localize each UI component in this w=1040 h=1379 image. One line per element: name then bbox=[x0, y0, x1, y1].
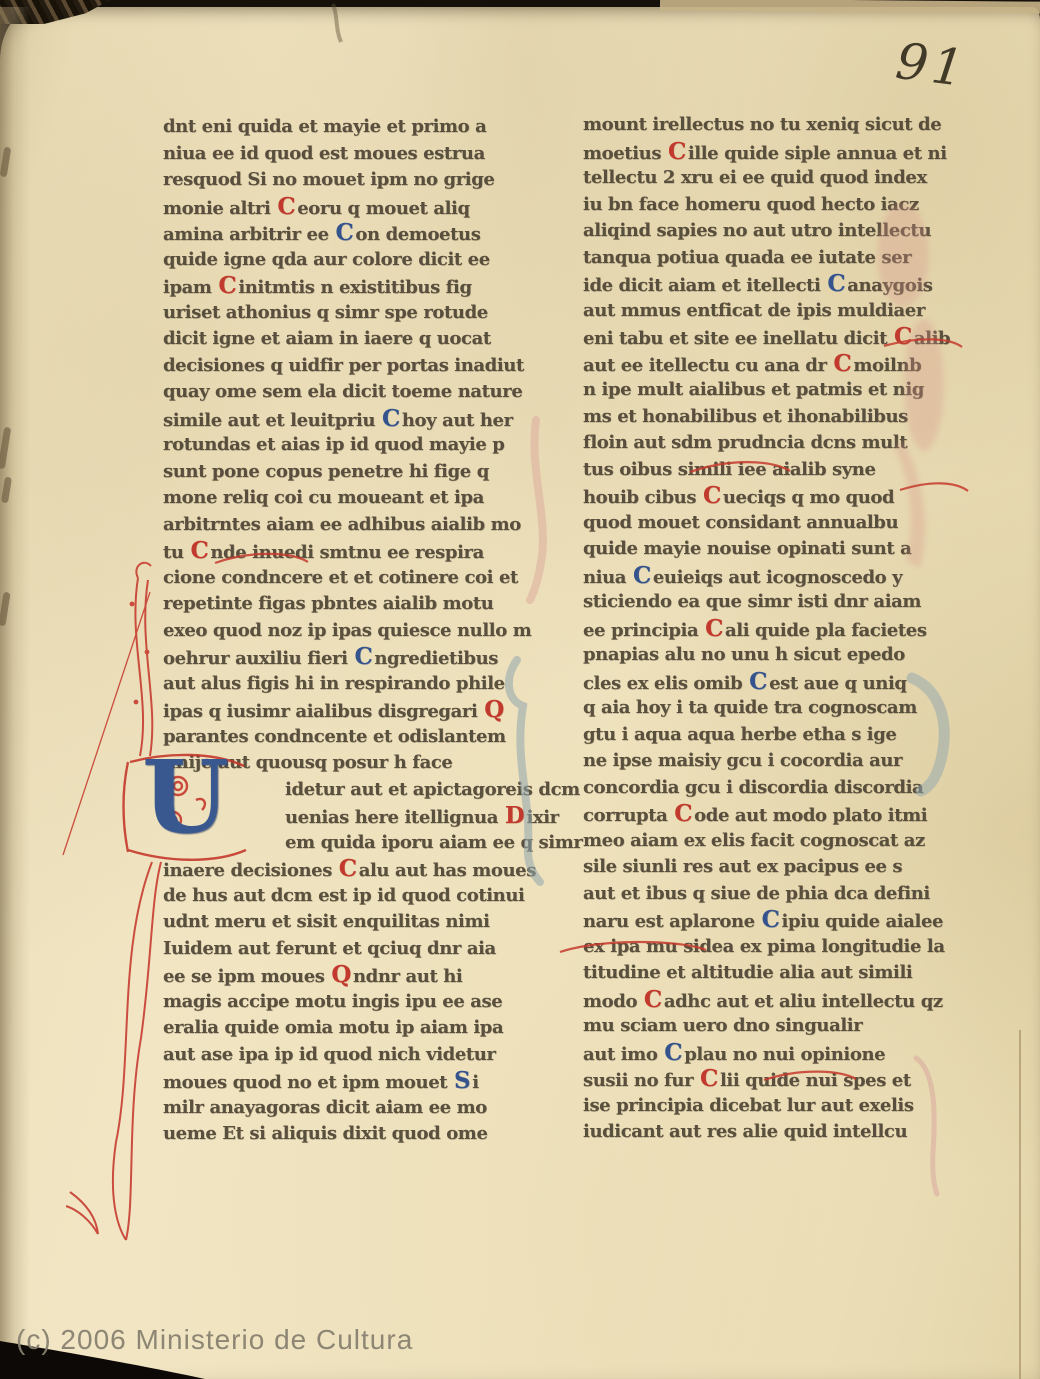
script-text: quay ome sem ela dicit toeme nature bbox=[163, 381, 522, 402]
script-text: susii no fur bbox=[583, 1070, 699, 1091]
script-text: est aue q uniq bbox=[769, 673, 907, 694]
script-text: tanqua potiua quada ee iutate ser bbox=[583, 247, 911, 268]
script-text: ille quide siple annua et ni bbox=[688, 143, 947, 164]
script-text: ee se ipm moues bbox=[163, 966, 330, 987]
text-line: niua Ceuieiqs aut icognoscedo y bbox=[583, 563, 981, 590]
script-text: em quida iporu aiam ee q simr bbox=[285, 832, 582, 853]
script-text: naru est aplarone bbox=[583, 911, 761, 932]
script-text: ixir bbox=[526, 807, 558, 828]
page-edge-line bbox=[1019, 1030, 1021, 1379]
text-line: cione condncere et et cotinere coi et bbox=[163, 565, 561, 592]
script-text: titudine et altitudie alia aut simili bbox=[583, 962, 912, 983]
initial-mark: C bbox=[335, 219, 356, 246]
text-line: tanqua potiua quada ee iutate ser bbox=[583, 245, 981, 272]
script-text: udnt meru et sisit enquilitas nimi bbox=[163, 911, 490, 932]
text-line: udnt meru et sisit enquilitas nimi bbox=[163, 909, 561, 936]
text-line: aut alus figis hi in respirando phile bbox=[163, 671, 561, 698]
text-line: quay ome sem ela dicit toeme nature bbox=[163, 379, 561, 406]
script-text: sile siunli res aut ex pacipus ee s bbox=[583, 856, 902, 877]
text-line: ipam Cinitmtis n existitibus fig bbox=[163, 273, 561, 300]
script-text: aut alus figis hi in respirando phile bbox=[163, 673, 505, 694]
script-text: decisiones q uidfir per portas inadiut bbox=[163, 355, 524, 376]
script-text: milr anayagoras dicit aiam ee mo bbox=[163, 1097, 487, 1118]
text-line: Iuidem aut ferunt et qciuq dnr aia bbox=[163, 936, 561, 963]
drop-cap-initial: U bbox=[124, 750, 246, 858]
initial-mark: C bbox=[704, 615, 725, 642]
script-text: mount irellectus no tu xeniq sicut de bbox=[583, 114, 941, 135]
script-text: ueme Et si aliquis dixit quod ome bbox=[163, 1123, 488, 1144]
initial-mark: C bbox=[893, 323, 914, 350]
text-line: houib cibus Cueciqs q mo quod bbox=[583, 483, 981, 510]
text-line: aut mmus entficat de ipis muldiaer bbox=[583, 298, 981, 325]
script-text: eralia quide omia motu ip aiam ipa bbox=[163, 1017, 503, 1038]
text-line: exeo quod noz ip ipas quiesce nullo m bbox=[163, 618, 561, 645]
initial-mark: S bbox=[453, 1067, 472, 1094]
text-line: concordia gcu i discordia discordia bbox=[583, 775, 981, 802]
script-text: i bbox=[472, 1072, 478, 1093]
script-text: de hus aut dcm est ip id quod cotinui bbox=[163, 885, 524, 906]
text-line: iu bn face homeru quod hecto iacz bbox=[583, 192, 981, 219]
script-text: lii quide nui spes et bbox=[720, 1070, 911, 1091]
script-text: Iuidem aut ferunt et qciuq dnr aia bbox=[163, 938, 496, 959]
text-line: de hus aut dcm est ip id quod cotinui bbox=[163, 883, 561, 910]
script-text: ide dicit aiam et itellecti bbox=[583, 275, 826, 296]
script-text: ngredietibus bbox=[374, 648, 498, 669]
script-text: quide igne qda aur colore dicit ee bbox=[163, 249, 490, 270]
script-text: niua bbox=[583, 567, 632, 588]
text-line: moetius Cille quide siple annua et ni bbox=[583, 139, 981, 166]
script-text: arbitrntes aiam ee adhibus aialib mo bbox=[163, 514, 521, 535]
script-text: ise principia dicebat lur aut exelis bbox=[583, 1095, 914, 1116]
script-text: n ipe mult aialibus et patmis et nig bbox=[583, 379, 924, 400]
script-text: exeo quod noz ip ipas quiesce nullo m bbox=[163, 620, 531, 641]
script-text: idetur aut et apictagoreis dcm bbox=[285, 779, 580, 800]
copyright-watermark: (c) 2006 Ministerio de Cultura bbox=[16, 1324, 413, 1356]
script-text: aut ase ipa ip id quod nich videtur bbox=[163, 1044, 496, 1065]
initial-mark: C bbox=[702, 482, 723, 509]
text-line: moues quod no et ipm mouet Si bbox=[163, 1068, 561, 1095]
binding-stitch bbox=[0, 147, 11, 178]
script-text: gtu i aqua aqua herbe etha s ige bbox=[583, 724, 896, 745]
script-text: ueciqs q mo quod bbox=[723, 487, 894, 508]
binding-stitch bbox=[0, 592, 11, 627]
script-text: rotundas et aias ip id quod mayie p bbox=[163, 434, 504, 455]
script-text: meo aiam ex elis facit cognoscat az bbox=[583, 830, 925, 851]
script-text: oehrur auxiliu fieri bbox=[163, 648, 353, 669]
text-line: amina arbitrir ee Con demoetus bbox=[163, 220, 561, 247]
text-line: iudicant aut res alie quid intellcu bbox=[583, 1119, 981, 1146]
text-line: ide dicit aiam et itellecti Canaygois bbox=[583, 271, 981, 298]
text-column-right: mount irellectus no tu xeniq sicut demoe… bbox=[583, 112, 981, 1146]
initial-mark: C bbox=[338, 855, 359, 882]
text-line: eralia quide omia motu ip aiam ipa bbox=[163, 1015, 561, 1042]
script-text: plau no nui opinione bbox=[684, 1044, 885, 1065]
text-line: mount irellectus no tu xeniq sicut de bbox=[583, 112, 981, 139]
text-line: aliqind sapies no aut utro intellectu bbox=[583, 218, 981, 245]
initial-mark: C bbox=[276, 193, 297, 220]
initial-mark: C bbox=[217, 272, 238, 299]
text-line: tellectu 2 xru ei ee quid quod index bbox=[583, 165, 981, 192]
text-line: magis accipe motu ingis ipu ee ase bbox=[163, 989, 561, 1016]
script-text: moilnb bbox=[853, 355, 921, 376]
text-line: titudine et altitudie alia aut simili bbox=[583, 960, 981, 987]
script-text: corrupta bbox=[583, 805, 673, 826]
text-line: floin aut sdm prudncia dcns mult bbox=[583, 430, 981, 457]
text-line: corrupta Code aut modo plato itmi bbox=[583, 801, 981, 828]
text-line: simile aut et leuitpriu Choy aut her bbox=[163, 406, 561, 433]
script-text: moues quod no et ipm mouet bbox=[163, 1072, 453, 1093]
text-line: naru est aplarone Cipiu quide aialee bbox=[583, 907, 981, 934]
script-text: tu bbox=[163, 542, 189, 563]
script-text: ode aut modo plato itmi bbox=[694, 805, 927, 826]
script-text: uriset athonius q simr spe rotude bbox=[163, 302, 488, 323]
script-text: moetius bbox=[583, 143, 667, 164]
text-line: susii no fur Clii quide nui spes et bbox=[583, 1066, 981, 1093]
binding-stitch bbox=[1, 477, 12, 504]
text-line: n ipe mult aialibus et patmis et nig bbox=[583, 377, 981, 404]
initial-mark: C bbox=[748, 668, 769, 695]
script-text: floin aut sdm prudncia dcns mult bbox=[583, 432, 907, 453]
initial-mark: C bbox=[381, 405, 402, 432]
script-text: quod mouet considant annualbu bbox=[583, 512, 898, 533]
text-line: rotundas et aias ip id quod mayie p bbox=[163, 432, 561, 459]
script-text: eoru q mouet aliq bbox=[297, 198, 469, 219]
script-text: sunt pone copus penetre hi fige q bbox=[163, 461, 489, 482]
text-line: quide igne qda aur colore dicit ee bbox=[163, 247, 561, 274]
script-text: aut imo bbox=[583, 1044, 663, 1065]
text-line: meo aiam ex elis facit cognoscat az bbox=[583, 828, 981, 855]
script-text: uenias here itellignua bbox=[285, 807, 504, 828]
script-text: ex ipa mu sidea ex pima longitudie la bbox=[583, 936, 945, 957]
text-line: mone reliq coi cu moueant et ipa bbox=[163, 485, 561, 512]
script-text: cles ex elis omib bbox=[583, 673, 748, 694]
script-text: ee principia bbox=[583, 620, 704, 641]
script-text: modo bbox=[583, 991, 643, 1012]
initial-mark: C bbox=[761, 906, 782, 933]
script-text: repetinte figas pbntes aialib motu bbox=[163, 593, 493, 614]
text-line: ee principia Cali quide pla facietes bbox=[583, 616, 981, 643]
text-line: pnapias alu no unu h sicut epedo bbox=[583, 642, 981, 669]
initial-mark: C bbox=[663, 1039, 684, 1066]
drop-cap-letter: U bbox=[142, 738, 229, 856]
script-text: euieiqs aut icognoscedo y bbox=[653, 567, 902, 588]
initial-mark: C bbox=[699, 1065, 720, 1092]
script-text: alib bbox=[914, 328, 950, 349]
initial-mark: D bbox=[504, 802, 527, 829]
script-text: anaygois bbox=[847, 275, 932, 296]
folio-number: 91 bbox=[893, 32, 971, 98]
text-line: aut imo Cplau no nui opinione bbox=[583, 1040, 981, 1067]
script-text: initmtis n existitibus fig bbox=[238, 277, 471, 298]
text-line: ex ipa mu sidea ex pima longitudie la bbox=[583, 934, 981, 961]
text-line: quide mayie nouise opinati sunt a bbox=[583, 536, 981, 563]
script-text: aut ee itellectu cu ana dr bbox=[583, 355, 832, 376]
script-text: aut et ibus q siue de phia dca defini bbox=[583, 883, 930, 904]
binding-stitch bbox=[0, 427, 11, 470]
script-text: on demoetus bbox=[355, 224, 480, 245]
text-line: aut ase ipa ip id quod nich videtur bbox=[163, 1042, 561, 1069]
script-text: aut mmus entficat de ipis muldiaer bbox=[583, 300, 925, 321]
script-text: ali quide pla facietes bbox=[725, 620, 927, 641]
initial-mark: C bbox=[673, 800, 694, 827]
text-line: dicit igne et aiam in iaere q uocat bbox=[163, 326, 561, 353]
text-line: ms et honabilibus et ihonabilibus bbox=[583, 404, 981, 431]
script-text: tus oibus simili iee aialib syne bbox=[583, 459, 876, 480]
script-text: dnt eni quida et mayie et primo a bbox=[163, 116, 486, 137]
text-line: quod mouet considant annualbu bbox=[583, 510, 981, 537]
script-text: ipam bbox=[163, 277, 217, 298]
text-line: tus oibus simili iee aialib syne bbox=[583, 457, 981, 484]
initial-mark: C bbox=[826, 270, 847, 297]
script-text: sticiendo ea que simr isti dnr aiam bbox=[583, 591, 921, 612]
text-line: gtu i aqua aqua herbe etha s ige bbox=[583, 722, 981, 749]
text-line: aut ee itellectu cu ana dr Cmoilnb bbox=[583, 351, 981, 378]
script-text: q aia hoy i ta quide tra cognoscam bbox=[583, 697, 917, 718]
text-line: uriset athonius q simr spe rotude bbox=[163, 300, 561, 327]
text-line: arbitrntes aiam ee adhibus aialib mo bbox=[163, 512, 561, 539]
script-text: ms et honabilibus et ihonabilibus bbox=[583, 406, 908, 427]
script-text: adhc aut et aliu intellectu qz bbox=[664, 991, 943, 1012]
script-text: iu bn face homeru quod hecto iacz bbox=[583, 194, 919, 215]
text-line: aut et ibus q siue de phia dca defini bbox=[583, 881, 981, 908]
text-line: modo Cadhc aut et aliu intellectu qz bbox=[583, 987, 981, 1014]
script-text: resquod Si no mouet ipm no grige bbox=[163, 169, 494, 190]
script-text: ipas q iusimr aialibus disgregari bbox=[163, 701, 483, 722]
text-line: repetinte figas pbntes aialib motu bbox=[163, 591, 561, 618]
text-line: ise principia dicebat lur aut exelis bbox=[583, 1093, 981, 1120]
script-text: eni tabu et site ee inellatu dicit bbox=[583, 328, 893, 349]
script-text: simile aut et leuitpriu bbox=[163, 410, 381, 431]
manuscript-scan: 91 dnt eni quida et mayie et primo aniua… bbox=[0, 0, 1040, 1379]
initial-mark: Q bbox=[483, 696, 506, 723]
text-line: ee se ipm moues Qndnr aut hi bbox=[163, 962, 561, 989]
text-line: mu sciam uero dno singualir bbox=[583, 1013, 981, 1040]
script-text: magis accipe motu ingis ipu ee ase bbox=[163, 991, 502, 1012]
text-line: milr anayagoras dicit aiam ee mo bbox=[163, 1095, 561, 1122]
script-text: iudicant aut res alie quid intellcu bbox=[583, 1121, 907, 1142]
text-line: niua ee id quod est moues estrua bbox=[163, 141, 561, 168]
script-text: hoy aut her bbox=[402, 410, 513, 431]
text-line: decisiones q uidfir per portas inadiut bbox=[163, 353, 561, 380]
text-line: q aia hoy i ta quide tra cognoscam bbox=[583, 695, 981, 722]
text-line: sticiendo ea que simr isti dnr aiam bbox=[583, 589, 981, 616]
text-line: sunt pone copus penetre hi fige q bbox=[163, 459, 561, 486]
script-text: aliqind sapies no aut utro intellectu bbox=[583, 220, 931, 241]
text-line: ne ipse maisiy gcu i cocordia aur bbox=[583, 748, 981, 775]
script-text: monie altri bbox=[163, 198, 276, 219]
script-text: ne ipse maisiy gcu i cocordia aur bbox=[583, 750, 902, 771]
script-text: nde inuedi smtnu ee respira bbox=[210, 542, 484, 563]
initial-mark: C bbox=[632, 562, 653, 589]
initial-mark: Q bbox=[330, 961, 353, 988]
script-text: mone reliq coi cu moueant et ipa bbox=[163, 487, 484, 508]
initial-mark: C bbox=[189, 537, 210, 564]
script-text: amina arbitrir ee bbox=[163, 224, 335, 245]
text-line: cles ex elis omib Cest aue q uniq bbox=[583, 669, 981, 696]
script-text: cione condncere et et cotinere coi et bbox=[163, 567, 518, 588]
text-line: eni tabu et site ee inellatu dicit Calib bbox=[583, 324, 981, 351]
text-line: monie altri Ceoru q mouet aliq bbox=[163, 194, 561, 221]
script-text: tellectu 2 xru ei ee quid quod index bbox=[583, 167, 927, 188]
text-line: resquod Si no mouet ipm no grige bbox=[163, 167, 561, 194]
text-line: oehrur auxiliu fieri Cngredietibus bbox=[163, 644, 561, 671]
script-text: pnapias alu no unu h sicut epedo bbox=[583, 644, 905, 665]
text-line: dnt eni quida et mayie et primo a bbox=[163, 114, 561, 141]
text-line: ueme Et si aliquis dixit quod ome bbox=[163, 1121, 561, 1148]
script-text: quide mayie nouise opinati sunt a bbox=[583, 538, 911, 559]
script-text: inaere decisiones bbox=[163, 860, 338, 881]
script-text: ndnr aut hi bbox=[353, 966, 462, 987]
text-line: inaere decisiones Calu aut has moues bbox=[163, 856, 561, 883]
script-text: dicit igne et aiam in iaere q uocat bbox=[163, 328, 491, 349]
script-text: niua ee id quod est moues estrua bbox=[163, 143, 485, 164]
text-line: ipas q iusimr aialibus disgregari Q bbox=[163, 697, 561, 724]
initial-mark: C bbox=[832, 350, 853, 377]
script-text: houib cibus bbox=[583, 487, 702, 508]
binding-edge bbox=[0, 7, 30, 1379]
script-text: concordia gcu i discordia discordia bbox=[583, 777, 923, 798]
script-text: ipiu quide aialee bbox=[782, 911, 944, 932]
script-text: alu aut has moues bbox=[359, 860, 536, 881]
text-line: tu Cnde inuedi smtnu ee respira bbox=[163, 538, 561, 565]
initial-mark: C bbox=[667, 138, 688, 165]
text-column-left: dnt eni quida et mayie et primo aniua ee… bbox=[163, 114, 561, 1148]
text-line: sile siunli res aut ex pacipus ee s bbox=[583, 854, 981, 881]
script-text: mu sciam uero dno singualir bbox=[583, 1015, 862, 1036]
initial-mark: C bbox=[353, 643, 374, 670]
initial-mark: C bbox=[643, 986, 664, 1013]
